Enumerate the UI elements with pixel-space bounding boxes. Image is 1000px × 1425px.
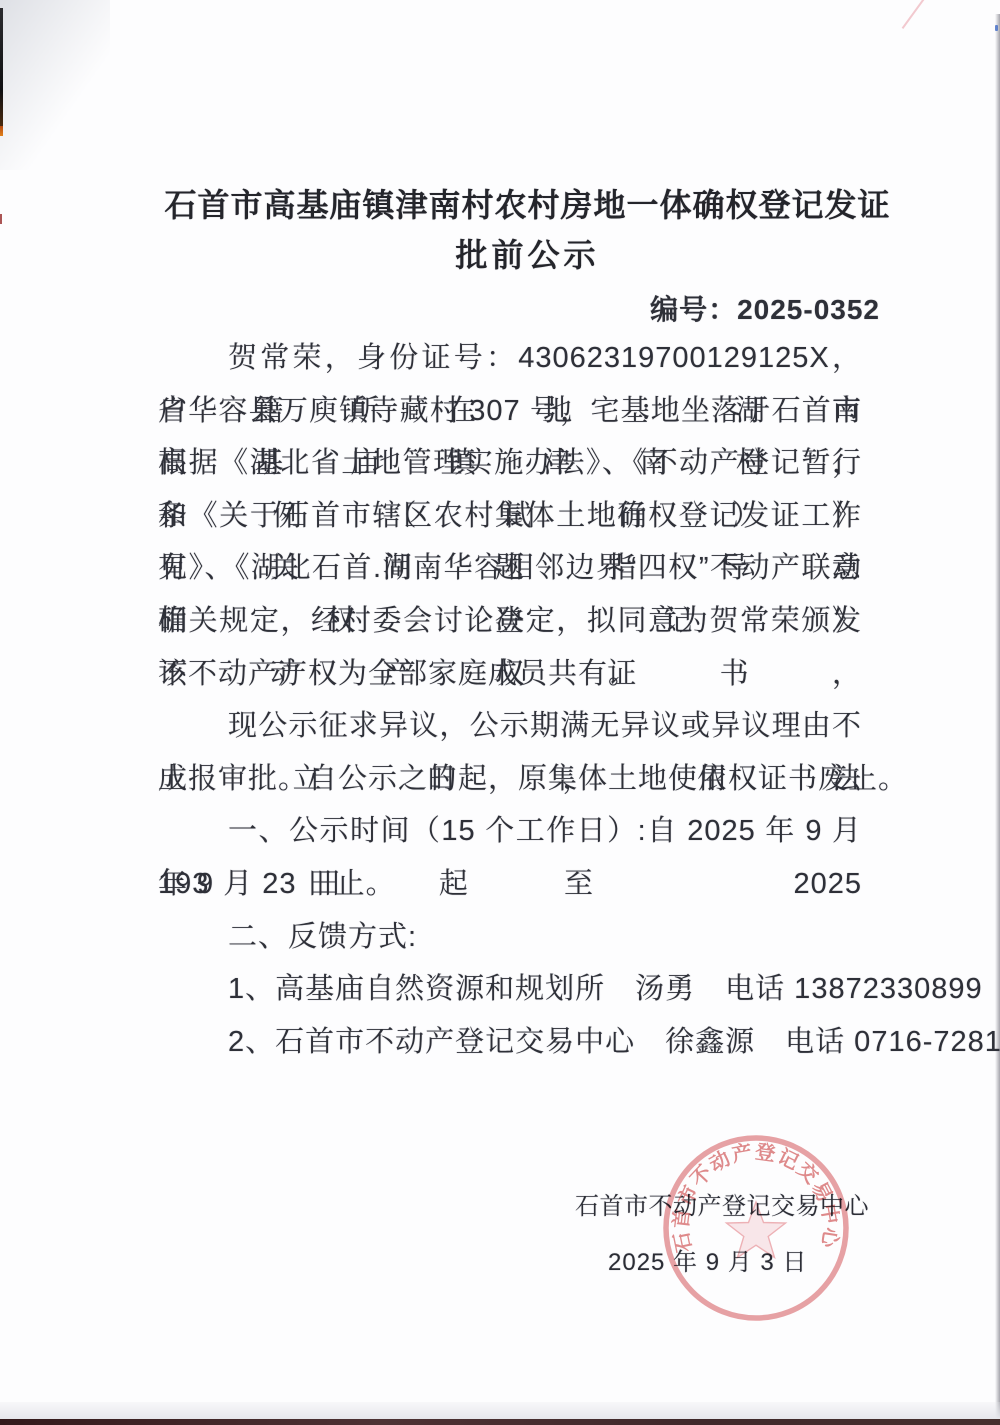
body-line: 上报审批。自公示之日起，原集体土地使用权证书废止。 <box>158 753 862 806</box>
body-line: 和《关于石首市辖区农村集体土地确权登记发证工作有关问题指导意 <box>158 490 862 543</box>
body-line: 省华容县万庾镇寺藏村 307 号，宅基地坐落于石首市高基庙镇津南村， <box>158 385 862 438</box>
scan-edge-mark <box>0 8 3 126</box>
body-line: 1、高基庙自然资源和规划所 汤勇 电话 13872330899 <box>158 963 862 1016</box>
body-line: 根据《湖北省土地管理实施办法》、《不动产登记暂行条例（试行）》 <box>158 437 862 490</box>
scan-edge-bottom <box>0 1419 1000 1425</box>
scan-speck <box>902 0 927 29</box>
scan-edge-mark <box>0 126 3 136</box>
body-line: 2、石首市不动产登记交易中心 徐鑫源 电话 0716-7281015 <box>158 1016 862 1069</box>
scan-edge-mark <box>0 214 2 224</box>
body-line: 一、公示时间（15 个工作日）:自 2025 年 9 月 193 日起至 202… <box>158 805 862 858</box>
star-icon <box>727 1202 786 1258</box>
scanned-notice-page: 石首市高基庙镇津南村农村房地一体确权登记发证 批前公示 编号：2025-0352… <box>0 0 1000 1425</box>
doc-number: 编号：2025-0352 <box>650 288 880 328</box>
scan-speck <box>995 25 998 31</box>
notice-body: 贺常荣，身份证号：43062319700129125X，户籍所在地：湖南 省华容… <box>158 332 862 1068</box>
scan-shadow-topleft <box>0 0 110 170</box>
body-line: 二、反馈方式: <box>158 911 862 964</box>
scan-shadow-bottom <box>0 1402 1000 1419</box>
body-line: 相关规定，经村委会讨论决定，拟同意为贺常荣颁发不动产权证书， <box>158 595 862 648</box>
body-line: 现公示征求异议，公示期满无异议或异议理由不成立的，依法 <box>158 700 862 753</box>
body-line: 见》、《湖北石首.湖南华容相邻边界“四权”不动产联动确权登记》 <box>158 542 862 595</box>
official-seal-stamp: 石首市不动产登记交易中心 <box>660 1130 852 1326</box>
body-line: 贺常荣，身份证号：43062319700129125X，户籍所在地：湖南 <box>158 332 862 385</box>
notice-title-line1: 石首市高基庙镇津南村农村房地一体确权登记发证 <box>55 180 1000 226</box>
notice-title-line2: 批前公示 <box>55 230 1000 276</box>
